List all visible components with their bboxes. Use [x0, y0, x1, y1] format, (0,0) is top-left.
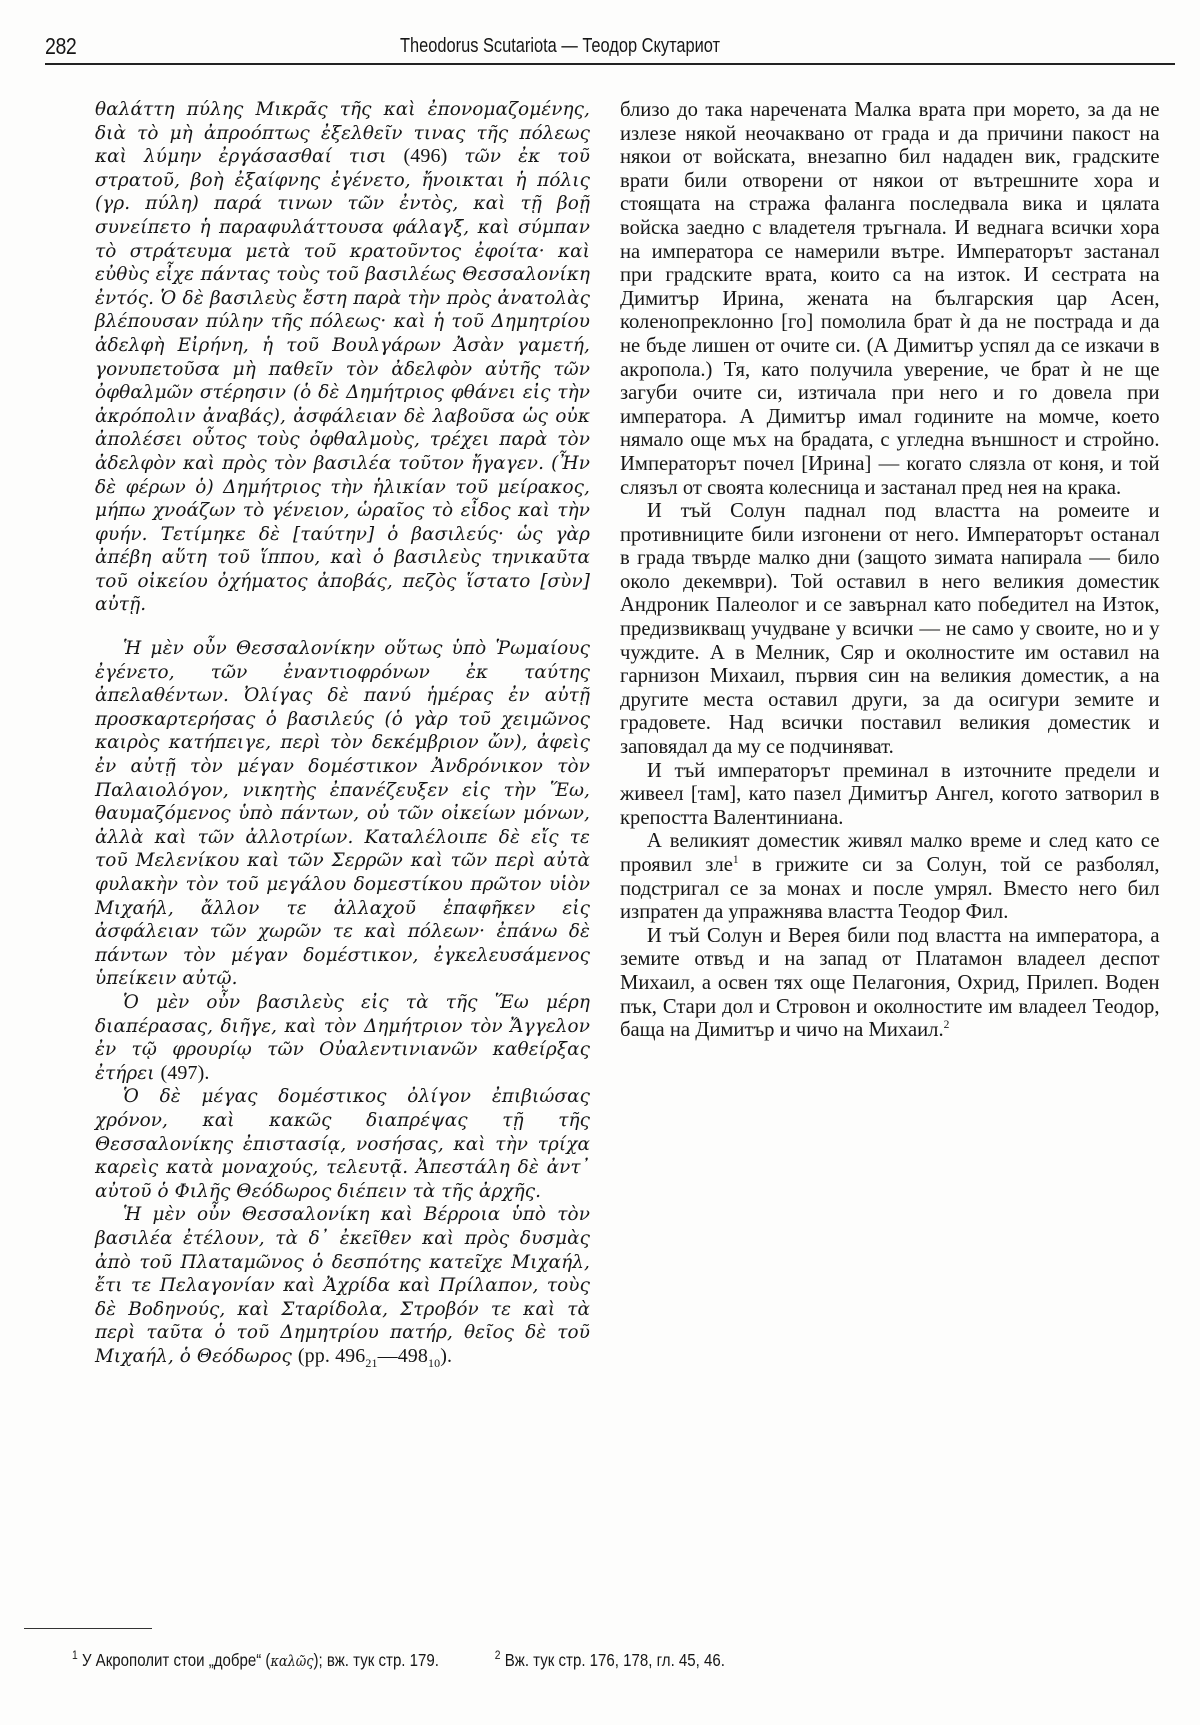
greek-paragraph: Ὁ μὲν οὖν βασιλεὺς εἰς τὰ τῆς Ἕω μέρη δι…: [95, 991, 590, 1085]
greek-paragraph: θαλάττη πύλης Μικρᾶς τῆς καὶ ἐπονομαζομέ…: [95, 98, 590, 617]
bulgarian-paragraph: А великият доместик живял малко време и …: [620, 829, 1160, 923]
footnote-marker[interactable]: 2: [944, 1017, 950, 1031]
footnote-text: У Акрополит стои „добре“ (: [82, 1650, 271, 1670]
greek-paragraph: Ἡ μὲν οὖν Θεσσαλονίκη καὶ Βέρροια ὑπὸ τὸ…: [95, 1203, 590, 1368]
footnote-2: 2 Вж. тук стр. 176, 178, гл. 45, 46.: [495, 1650, 725, 1671]
ref-subscript: 21: [365, 1356, 377, 1370]
footnote-rule: [24, 1628, 152, 1629]
greek-text: τῶν ἐκ τοῦ στρατοῦ, βοὴ ἐξαίφνης ἐγένετο…: [95, 146, 590, 615]
greek-text: Ἡ μὲν οὖν Θεσσαλονίκην οὕτως ὑπὸ Ῥωμαίου…: [95, 638, 590, 989]
page-number: 282: [45, 33, 76, 60]
page-range-reference: (pp. 49621—49810).: [298, 1345, 452, 1367]
ref-text: ).: [440, 1345, 452, 1367]
greek-paragraph: Ὁ δὲ μέγας δομέστικος ὀλίγον ἐπιβιώσας χ…: [95, 1085, 590, 1203]
bulgarian-text: И тъй Солун и Верея били под властта на …: [620, 923, 1160, 1041]
ref-text: —498: [378, 1345, 428, 1367]
greek-text: Ὁ δὲ μέγας δομέστικος ὀλίγον ἐπιβιώσας χ…: [95, 1086, 590, 1201]
ref-subscript: 10: [428, 1356, 440, 1370]
bulgarian-paragraph: И тъй Солун паднал под властта на ромеит…: [620, 499, 1160, 759]
page-reference: (497).: [161, 1062, 210, 1084]
greek-paragraph: Ἡ μὲν οὖν Θεσσαλονίκην οὕτως ὑπὸ Ῥωμαίου…: [95, 637, 590, 991]
greek-text: Ἡ μὲν οὖν Θεσσαλονίκη καὶ Βέρροια ὑπὸ τὸ…: [95, 1204, 590, 1367]
footnote-number: 2: [495, 1648, 501, 1662]
footnote-text: ); вж. тук стр. 179.: [314, 1650, 439, 1670]
footnotes: 1 У Акрополит стои „добре“ (καλῶς); вж. …: [72, 1650, 725, 1671]
footnote-marker[interactable]: 1: [733, 852, 739, 866]
page-reference: (496): [404, 145, 448, 167]
ref-text: (pp. 496: [298, 1345, 365, 1367]
footnote-text: Вж. тук стр. 176, 178, гл. 45, 46.: [505, 1650, 725, 1670]
bulgarian-translation-column: близо до така наречената Малка врата при…: [620, 98, 1160, 1042]
footnote-greek-word: καλῶς: [270, 1652, 313, 1670]
bulgarian-paragraph: близо до така наречената Малка врата при…: [620, 98, 1160, 499]
header-rule: [45, 63, 1175, 65]
footnote-1: 1 У Акрополит стои „добре“ (καλῶς); вж. …: [72, 1650, 439, 1671]
bulgarian-paragraph: И тъй Солун и Верея били под властта на …: [620, 924, 1160, 1042]
running-title: Theodorus Scutariota — Теодор Скутариот: [400, 35, 720, 58]
greek-text-column: θαλάττη πύλης Μικρᾶς τῆς καὶ ἐπονομαζομέ…: [95, 98, 590, 1368]
bulgarian-paragraph: И тъй императорът преминал в източните п…: [620, 759, 1160, 830]
footnote-number: 1: [72, 1648, 78, 1662]
